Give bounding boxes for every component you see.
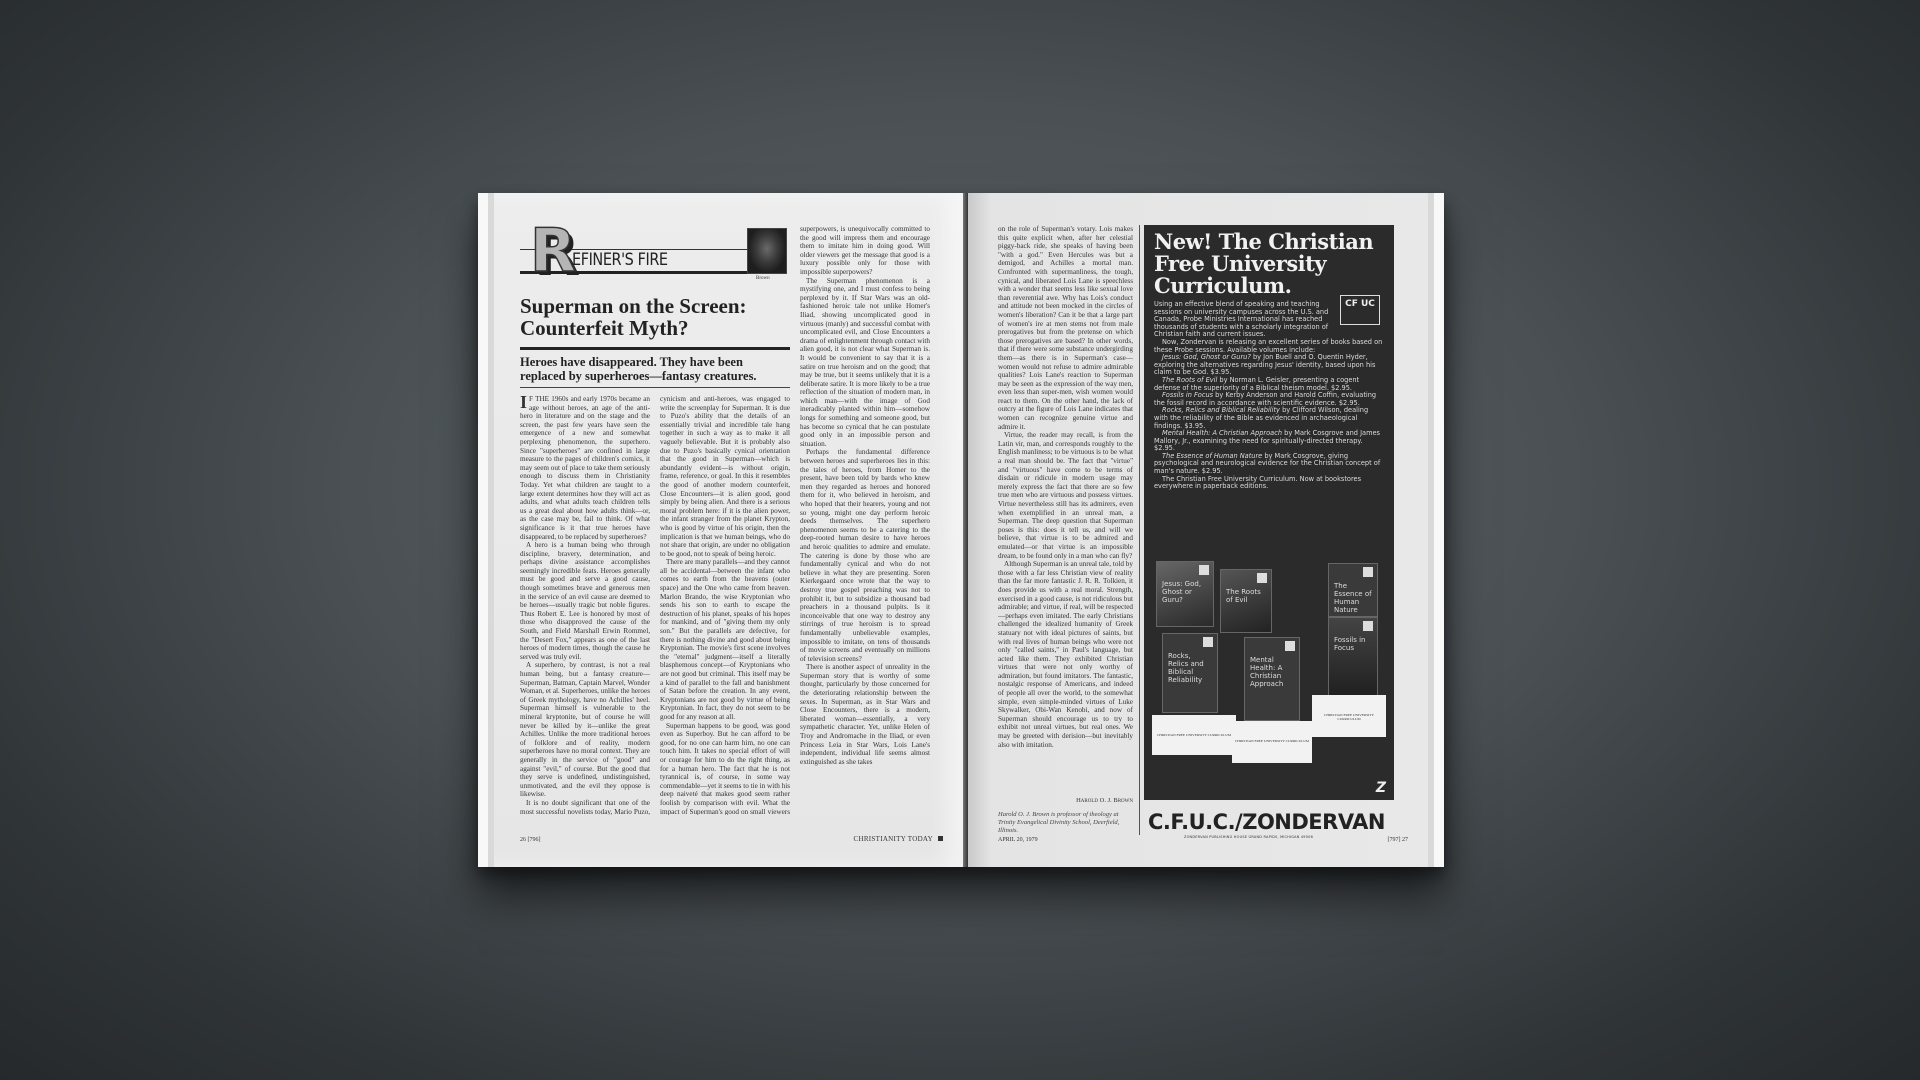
department-initial: R: [530, 221, 576, 281]
ad-title: New! The Christian Free University Curri…: [1154, 231, 1384, 297]
department-name: EFINER'S FIRE: [572, 250, 668, 270]
page-number-left: 26 [796]: [520, 837, 541, 843]
article-column-1: IF THE 1960s and early 1970s became an a…: [520, 395, 650, 815]
paragraph: The Superman phenomenon is a mystifying …: [800, 277, 930, 449]
author-photo: [747, 228, 787, 274]
book-cover: Fossils in Focus: [1328, 617, 1378, 699]
article-column-4: on the role of Superman's votary. Lois m…: [998, 225, 1133, 785]
ad-brand-subtitle: ZONDERVAN PUBLISHING HOUSE GRAND RAPIDS,…: [1184, 835, 1313, 839]
signature: Harold O. J. Brown: [998, 797, 1133, 805]
paragraph: Superman happens to be good, was good ev…: [660, 722, 790, 815]
paragraph: It is no doubt significant that one of t…: [520, 799, 650, 815]
ad-book-entry: Fossils in Focus by Kerby Anderson and H…: [1154, 392, 1384, 407]
right-page: on the role of Superman's votary. Lois m…: [968, 193, 1444, 867]
headline: Superman on the Screen: Counterfeit Myth…: [520, 295, 790, 339]
magazine-name: CHRISTIANITY TODAY: [854, 835, 934, 843]
cfuc-badge-icon: [1199, 565, 1209, 575]
deck-rule: [520, 387, 790, 388]
book-cover: Rocks, Relics and Biblical Reliability: [1162, 633, 1218, 713]
page-number-right: [797] 27: [1388, 837, 1409, 843]
cfuc-badge-icon: [1363, 567, 1373, 577]
cfuc-book-logo-icon: CF UC: [1340, 295, 1380, 325]
ad-book-entry: Jesus: God, Ghost or Guru? by Jon Buell …: [1154, 354, 1384, 377]
curriculum-card: CHRISTIAN FREE UNIVERSITY CURRICULUM: [1232, 721, 1312, 763]
deck-rule: [520, 347, 790, 350]
page-marker: [938, 836, 943, 841]
cfuc-badge-icon: [1285, 641, 1295, 651]
paragraph: A hero is a human being who through disc…: [520, 541, 650, 661]
book-cover: Jesus: God, Ghost or Guru?: [1156, 561, 1214, 627]
magazine-spread: R EFINER'S FIRE Brown Superman on the Sc…: [478, 193, 1444, 867]
ad-brand: C.F.U.C./ZONDERVAN: [1148, 810, 1398, 834]
cfuc-badge-icon: [1203, 637, 1213, 647]
advertisement: New! The Christian Free University Curri…: [1144, 225, 1394, 800]
paragraph: Although Superman is an unreal tale, tol…: [998, 560, 1133, 749]
ad-book-entry: The Essence of Human Nature by Mark Cosg…: [1154, 453, 1384, 476]
book-cover: The Roots of Evil: [1220, 569, 1272, 633]
author-bio: Harold O. J. Brown Harold O. J. Brown is…: [998, 797, 1133, 835]
paragraph: on the role of Superman's votary. Lois m…: [998, 225, 1133, 431]
ad-book-entry: The Roots of Evil by Norman L. Geisler, …: [1154, 377, 1384, 392]
photo-caption: Brown: [756, 276, 770, 281]
zondervan-logo-icon: Z: [1376, 780, 1386, 796]
issue-date: APRIL 20, 1979: [998, 837, 1038, 843]
paragraph: A superhero, by contrast, is not a real …: [520, 661, 650, 799]
department-header: R EFINER'S FIRE: [520, 225, 770, 283]
paragraph: IF THE 1960s and early 1970s became an a…: [520, 395, 650, 541]
curriculum-card: CHRISTIAN FREE UNIVERSITY CURRICULUM: [1152, 715, 1236, 755]
cfuc-badge-icon: [1257, 573, 1267, 583]
left-page: R EFINER'S FIRE Brown Superman on the Sc…: [478, 193, 963, 867]
book-cover: Mental Health: A Christian Approach: [1244, 637, 1300, 721]
paragraph: Perhaps the fundamental difference betwe…: [800, 448, 930, 663]
column-divider: [1139, 225, 1140, 835]
curriculum-card: CHRISTIAN FREE UNIVERSITY CURRICULUM: [1312, 695, 1386, 737]
article-column-3: superpowers, is unequivocally committed …: [800, 225, 930, 815]
deck: Heroes have disappeared. They have been …: [520, 355, 790, 383]
ad-lead: Now, Zondervan is releasing an excellent…: [1154, 339, 1384, 354]
ad-book-entry: Rocks, Relics and Biblical Reliability b…: [1154, 407, 1384, 430]
paragraph: There is another aspect of unreality in …: [800, 663, 930, 766]
paragraph: superpowers, is unequivocally committed …: [800, 225, 930, 277]
book-covers-photo: Jesus: God, Ghost or Guru? The Roots of …: [1152, 557, 1386, 763]
cfuc-badge-icon: [1363, 621, 1373, 631]
book-cover: The Essence of Human Nature: [1328, 563, 1378, 617]
paragraph: There are many parallels—and they cannot…: [660, 558, 790, 721]
bio-text: Harold O. J. Brown is professor of theol…: [998, 811, 1133, 835]
paragraph: Virtue, the reader may recall, is from t…: [998, 431, 1133, 560]
drop-cap: I: [520, 395, 527, 410]
article-column-2: cynicism and anti-heroes, was engaged to…: [660, 395, 790, 815]
ad-book-entry: Mental Health: A Christian Approach by M…: [1154, 430, 1384, 453]
ad-closing: The Christian Free University Curriculum…: [1154, 476, 1384, 491]
paragraph: cynicism and anti-heroes, was engaged to…: [660, 395, 790, 558]
ad-body: Using an effective blend of speaking and…: [1154, 301, 1384, 491]
